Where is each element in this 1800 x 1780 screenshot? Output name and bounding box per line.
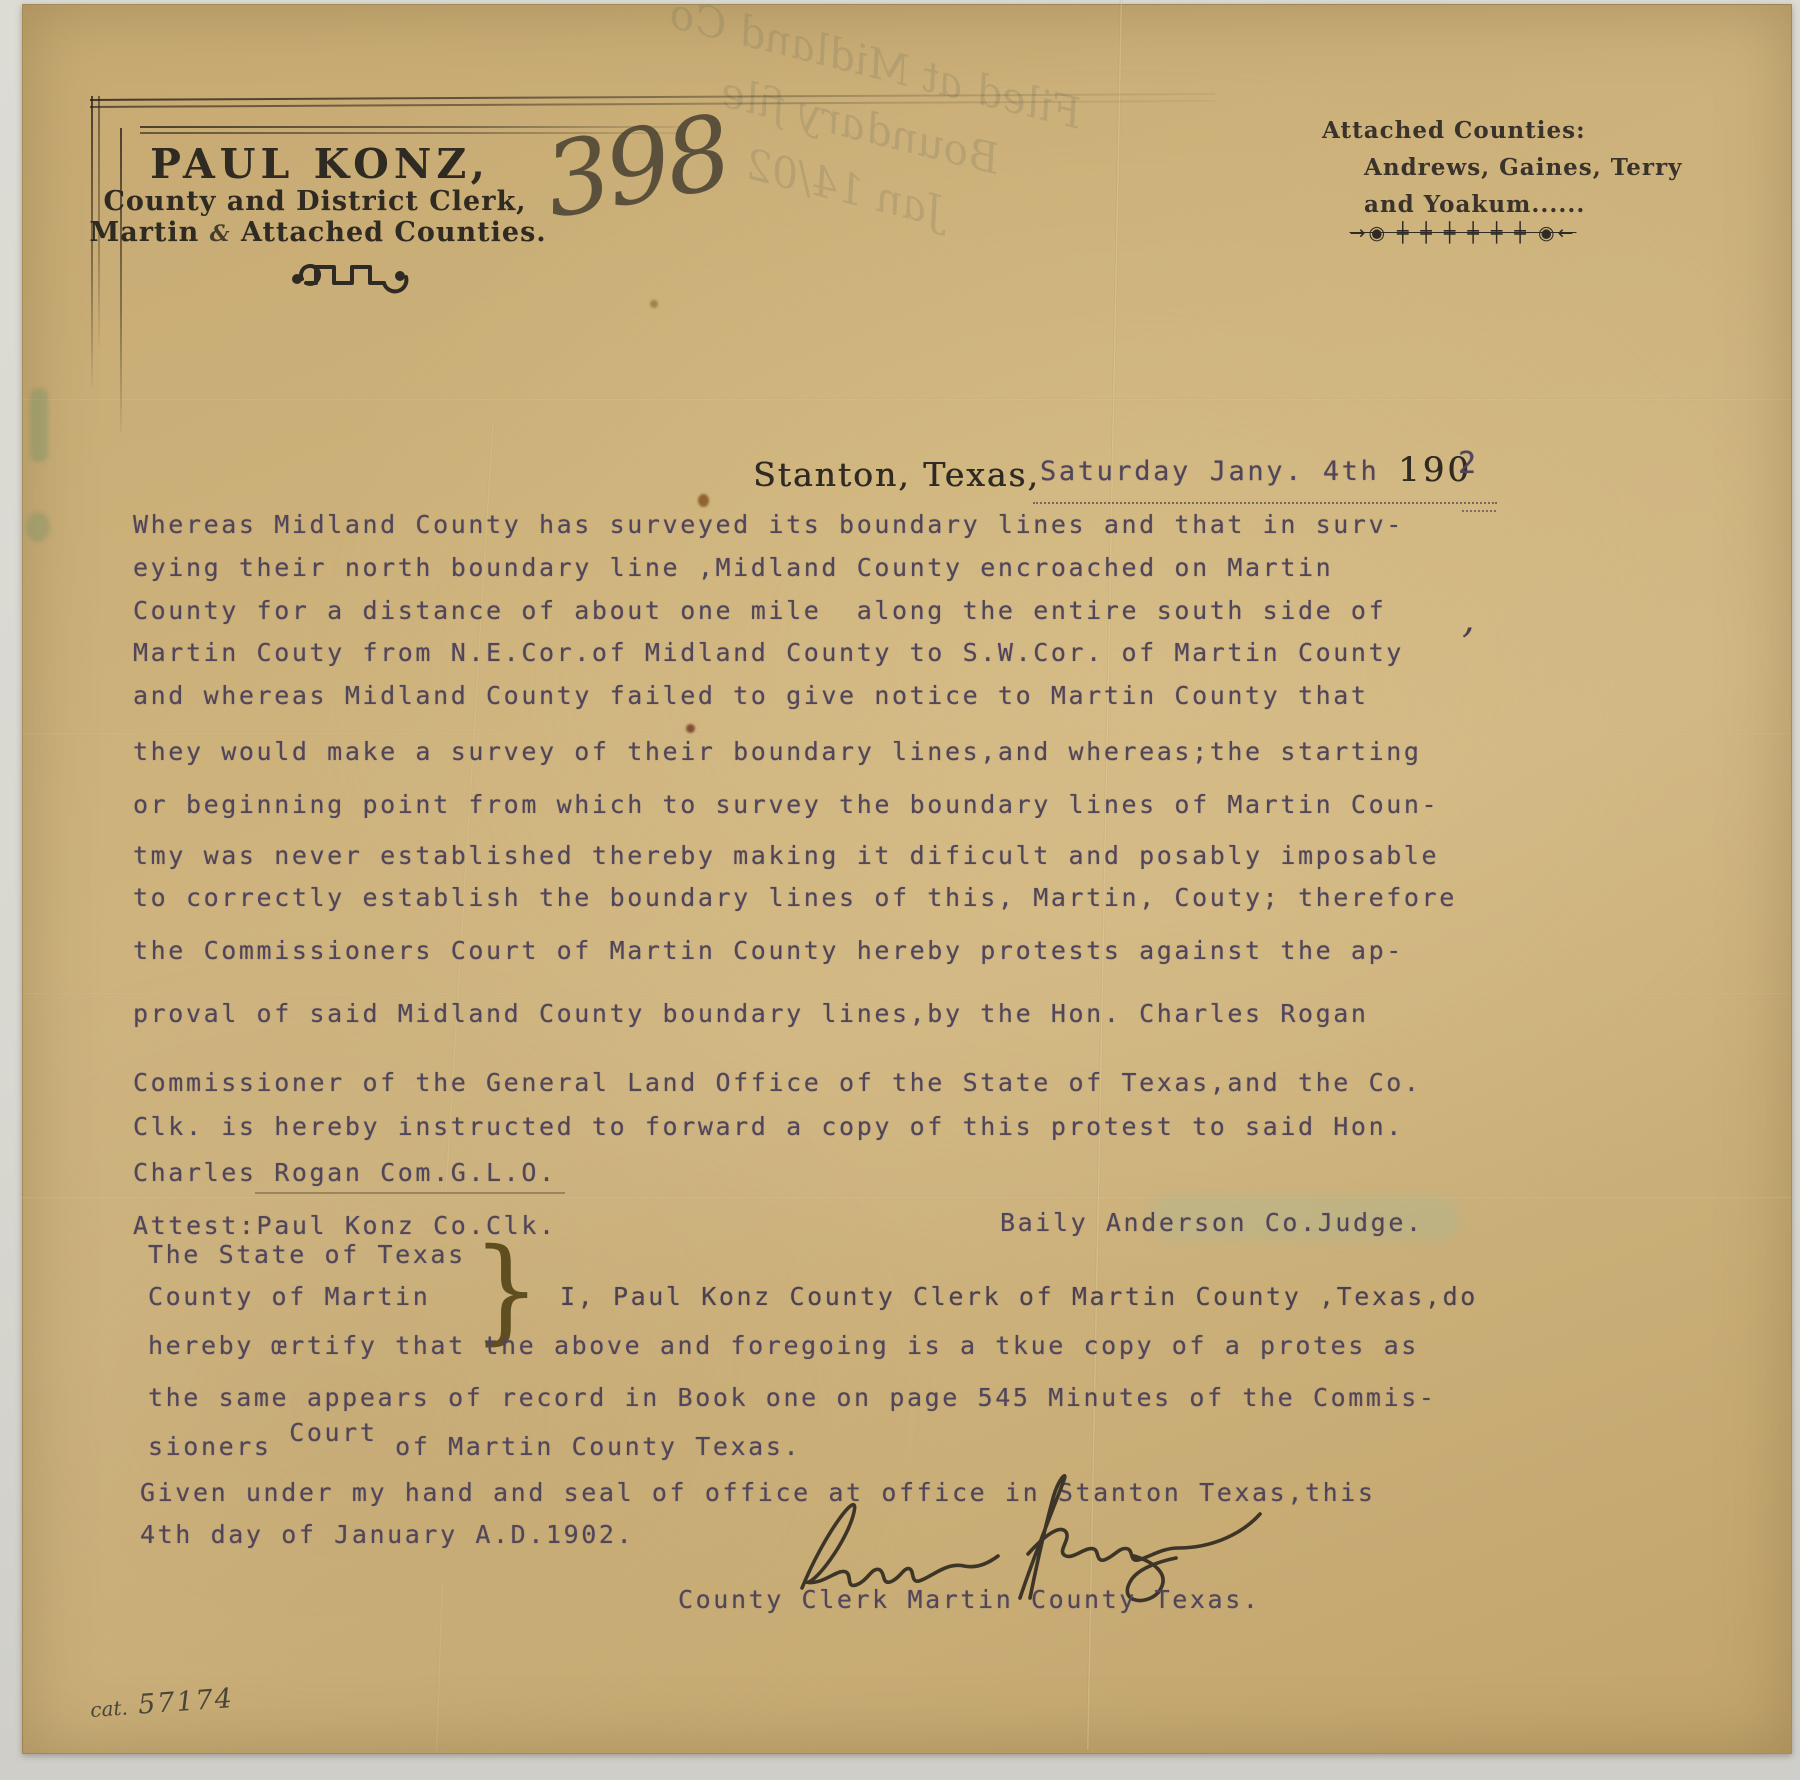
letterhead-subtitle-left: Martin xyxy=(89,217,199,248)
body-line: they would make a survey of their bounda… xyxy=(133,737,1422,766)
body-line: to correctly establish the boundary line… xyxy=(133,883,1457,912)
body-line: tmy was never established thereby making… xyxy=(133,841,1439,870)
body-line: Whereas Midland County has surveyed its … xyxy=(133,510,1404,539)
certificate-line4-raised: Court xyxy=(289,1418,377,1447)
body-line: County for a distance of about one mile … xyxy=(133,596,1386,625)
certificate-line3: the same appears of record in Book one o… xyxy=(148,1383,1437,1412)
certificate-line4-post: of Martin County Texas. xyxy=(395,1432,801,1461)
attest-judge: Baily Anderson Co.Judge. xyxy=(1000,1208,1424,1237)
body-line: Martin Couty from N.E.Cor.of Midland Cou… xyxy=(133,638,1404,667)
dateline-dotted-underline xyxy=(1033,474,1497,504)
attached-counties-line2: and Yoakum...... xyxy=(1364,186,1682,223)
letterhead-subtitle-right: Attached Counties. xyxy=(241,217,547,248)
scanned-document: Filed at Midland Co Boundary file Jan 14… xyxy=(0,0,1800,1780)
attached-counties-heading: Attached Counties: xyxy=(1322,112,1682,149)
body-line: and whereas Midland County failed to giv… xyxy=(133,681,1369,710)
certificate-date-line: 4th day of January A.D.1902. xyxy=(140,1520,634,1549)
arrow-divider-ornament: →◉ ╪ ╪ ╪ ╪ ╪ ╪ ◉← xyxy=(1298,222,1628,244)
certificate-county-line: County of Martin xyxy=(148,1282,430,1311)
meander-ornament xyxy=(288,252,438,294)
body-line: Commissioner of the General Land Office … xyxy=(133,1068,1422,1097)
certificate-line4: sioners Court of Martin County Texas. xyxy=(148,1432,801,1461)
certificate-intro: I, Paul Konz County Clerk of Martin Coun… xyxy=(560,1282,1478,1311)
certificate-line2: hereby œrtify that the above and foregoi… xyxy=(148,1331,1419,1360)
certificate-state-line: The State of Texas xyxy=(148,1240,466,1269)
inserted-comma-handwritten: , xyxy=(1462,596,1475,642)
dateline-dotted-underline-year xyxy=(1462,482,1496,512)
dateline-city-printed: Stanton, Texas, xyxy=(753,455,1040,494)
attached-counties-line1: Andrews, Gaines, Terry xyxy=(1364,149,1682,186)
certificate-line4-pre: sioners xyxy=(148,1432,272,1461)
attached-counties-block: Attached Counties: Andrews, Gaines, Terr… xyxy=(1322,112,1682,223)
body-line: Clk. is hereby instructed to forward a c… xyxy=(133,1112,1404,1141)
body-line: proval of said Midland County boundary l… xyxy=(133,999,1369,1028)
letterhead-title: County and District Clerk, xyxy=(100,186,530,217)
body-line: the Commissioners Court of Martin County… xyxy=(133,936,1404,965)
signature-caption: County Clerk Martin County Texas. xyxy=(678,1585,1261,1614)
letterhead-name: PAUL KONZ, xyxy=(110,140,530,188)
body-line: or beginning point from which to survey … xyxy=(133,790,1439,819)
archive-note-prefix: cat. xyxy=(89,1695,128,1722)
letterhead-subtitle: Martin & Attached Counties. xyxy=(88,217,548,248)
body-line: Charles Rogan Com.G.L.O. xyxy=(133,1158,557,1187)
body-line: eying their north boundary line ,Midland… xyxy=(133,553,1333,582)
ampersand-ornament: & xyxy=(210,221,231,247)
fold-shadow-segment xyxy=(255,1192,565,1194)
